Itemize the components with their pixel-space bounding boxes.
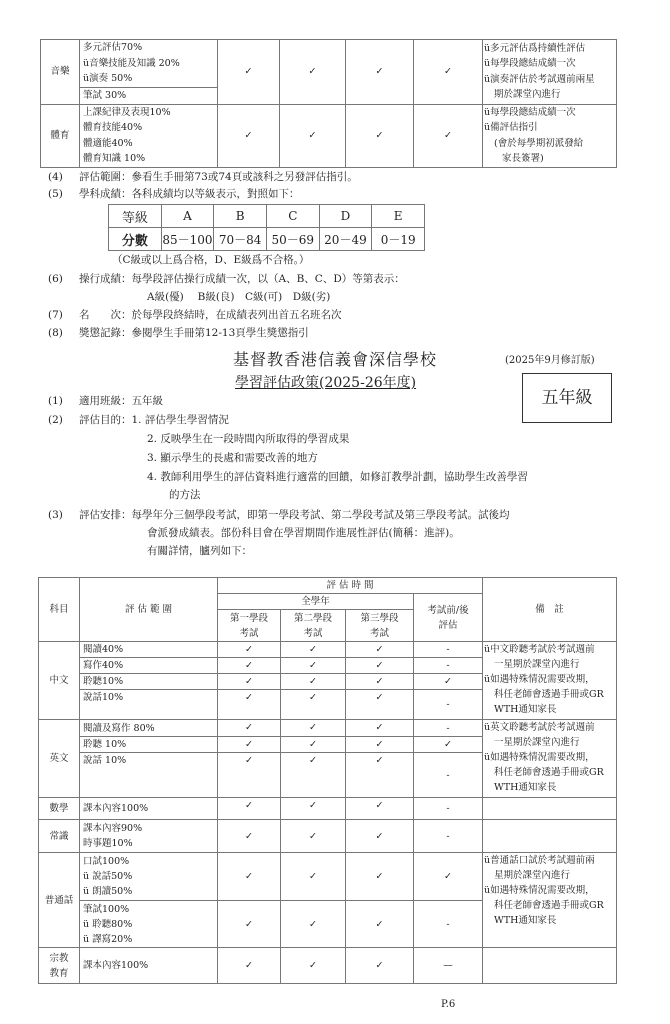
check-mark: ✓: [281, 720, 346, 737]
item-number: (6): [48, 271, 79, 287]
scope-cell: 課本內容100%: [80, 798, 218, 820]
scope-cell: 筆試100% ü 聆聽80% ü 譯寫20%: [80, 901, 218, 948]
header-line: 考試: [346, 626, 413, 641]
check-mark: ✓: [346, 753, 414, 798]
pre-post-mark: -: [414, 901, 483, 948]
grade-c: C: [266, 205, 319, 228]
grade-level-box: 五年級: [522, 373, 612, 423]
score-a: 85－100: [161, 228, 214, 251]
pre-post-mark: -: [414, 642, 483, 658]
check-mark: ✓: [346, 948, 414, 984]
remark-line: 科任老師會透過手冊或GR: [484, 687, 616, 702]
header-subject: 科目: [39, 578, 80, 642]
item-assessment-purpose: (2)評估目的：1. 評估學生學習情況: [48, 412, 229, 428]
check-mark: ✓: [346, 720, 414, 737]
remark-line: ü如遇特殊情況需要改期，: [484, 883, 616, 898]
item-label: 評估範圍：: [79, 171, 132, 183]
item-conduct: (6)操行成績：每學段評估操行成績一次，以（A、B、C、D）等第表示：: [48, 271, 405, 287]
header-pre-post: 考試前/後 評估: [414, 594, 483, 642]
item-ranking: (7)名 次：於每學段終結時，在成績表列出首五名班名次: [48, 307, 342, 323]
check-mark: ✓: [218, 820, 281, 853]
pe-scope: 上課紀律及表現10% 體育技能40% 體適能40% 體育知識 10%: [80, 104, 218, 167]
item-assessment-scope: (4)評估範圍：參看生手冊第73或74頁或該科之另發評估指引。: [48, 169, 358, 185]
putonghua-remarks: ü普通話口試於考試週前兩 星期於課堂內進行 ü如遇特殊情況需要改期， 科任老師會…: [483, 853, 617, 948]
item-text: 參閱學生手冊第12-13頁學生獎懲指引: [132, 327, 309, 339]
pre-post-mark: ✓: [414, 737, 483, 753]
remark-line: ü英文聆聽考試於考試週前: [484, 720, 616, 735]
scope-cell: 寫作40%: [80, 658, 218, 674]
header-term2: 第二學段考試: [281, 610, 346, 642]
subject-line: 宗教: [39, 951, 79, 966]
grade-header-label: 等級: [109, 205, 162, 228]
check-mark: ✓: [414, 40, 483, 105]
check-mark: ✓: [346, 901, 414, 948]
score-d: 20－49: [319, 228, 372, 251]
remark-line: 家長簽署): [484, 151, 616, 167]
subject-putonghua: 普通話: [39, 853, 80, 948]
remark-line: ü如遇特殊情況需要改期，: [484, 672, 616, 687]
check-mark: ✓: [346, 642, 414, 658]
check-mark: ✓: [218, 642, 281, 658]
check-mark: ✓: [218, 720, 281, 737]
item-text: 參看生手冊第73或74頁或該科之另發評估指引。: [132, 171, 358, 183]
check-mark: ✓: [281, 853, 346, 901]
purpose-point: 2. 反映學生在一段時間內所取得的學習成果: [147, 431, 349, 447]
check-mark: ✓: [218, 690, 281, 720]
remark-line: ü備評估指引: [484, 120, 616, 136]
pre-post-mark: -: [414, 798, 483, 820]
subject-line: 教育: [39, 966, 79, 981]
remark-line: ü多元評估爲持續性評估: [484, 41, 616, 57]
item-label: 名 次：: [79, 309, 132, 321]
check-mark: ✓: [218, 948, 281, 984]
item-number: (3): [48, 507, 79, 523]
check-mark: ✓: [281, 658, 346, 674]
header-line: 考試: [281, 626, 345, 641]
scope-cell: 課本內容100%: [80, 948, 218, 984]
item-number: (8): [48, 325, 79, 341]
gs-remarks: [483, 820, 617, 853]
scope-line: ü 說話50%: [83, 869, 217, 884]
pre-post-mark: —: [414, 948, 483, 984]
item-label: 評估安排：: [79, 509, 132, 521]
score-label: 分數: [109, 228, 162, 251]
check-mark: ✓: [281, 690, 346, 720]
assessment-table-continued: 音樂 多元評估70% ü音樂技能及知識 20% ü演奏 50% ✓ ✓ ✓ ✓ …: [40, 39, 617, 168]
pre-post-mark: ✓: [414, 674, 483, 690]
grade-table: 等級 A B C D E 分數 85－100 70－84 50－69 20－49…: [108, 204, 425, 251]
grade-a: A: [161, 205, 214, 228]
item-number: (4): [48, 169, 79, 185]
check-mark: ✓: [346, 690, 414, 720]
header-term1: 第一學段考試: [218, 610, 281, 642]
scope-line: 體育技能40%: [83, 120, 217, 136]
header-line: 考試: [218, 626, 280, 641]
arrangement-line: 會派發成績表。部份科目會在學習期間作進展性評估(簡稱：進評)。: [147, 525, 460, 541]
purpose-point: 3. 顯示學生的長處和需要改善的地方: [147, 450, 318, 466]
conduct-grades: A級(優) B級(良) C級(可) D級(劣): [147, 289, 330, 305]
math-remarks: [483, 798, 617, 820]
pre-post-mark: -: [414, 720, 483, 737]
item-label: 獎懲記錄：: [79, 327, 132, 339]
check-mark: ✓: [346, 104, 414, 167]
music-remarks: ü多元評估爲持續性評估 ü每學段總結成績一次 ü演奏評估於考試週前兩星 期於課堂…: [483, 40, 617, 105]
subject-religious-education: 宗教 教育: [39, 948, 80, 984]
check-mark: ✓: [414, 104, 483, 167]
check-mark: ✓: [281, 674, 346, 690]
scope-line: 課本內容90%: [83, 821, 217, 836]
chinese-remarks: ü中文聆聽考試於考試週前 一星期於課堂內進行 ü如遇特殊情況需要改期， 科任老師…: [483, 642, 617, 720]
check-mark: ✓: [218, 674, 281, 690]
scope-line: ü演奏 50%: [83, 71, 217, 87]
remark-line: 期於課堂內進行: [484, 87, 616, 103]
remark-line: WTH通知家長: [484, 702, 616, 717]
check-mark: ✓: [346, 853, 414, 901]
check-mark: ✓: [281, 798, 346, 820]
purpose-point: 4. 教師利用學生的評估資料進行適當的回饋，如修訂教學計劃，協助學生改善學習: [147, 469, 528, 485]
school-name: 基督教香港信義會深信學校: [233, 347, 437, 370]
item-number: (1): [48, 393, 79, 409]
header-line: 第二學段: [281, 611, 345, 626]
subject-chinese: 中文: [39, 642, 80, 720]
remark-line: (會於每學期初派發給: [484, 136, 616, 152]
remark-line: ü演奏評估於考試週前兩星: [484, 72, 616, 88]
page-number: P.6: [441, 999, 455, 1010]
check-mark: ✓: [346, 737, 414, 753]
assessment-table: 科目 評 估 範 圍 評 估 時 間 備 註 全學年 考試前/後 評估 第一學段…: [38, 577, 617, 984]
grade-d: D: [319, 205, 372, 228]
header-line: 第三學段: [346, 611, 413, 626]
pre-post-mark: ✓: [414, 853, 483, 901]
check-mark: ✓: [281, 642, 346, 658]
re-remarks: [483, 948, 617, 984]
scope-line: 體適能40%: [83, 136, 217, 152]
item-label: 操行成績：: [79, 273, 132, 285]
revision-note: (2025年9月修訂版): [505, 351, 595, 366]
score-b: 70－84: [214, 228, 267, 251]
scope-cell: 說話10%: [80, 690, 218, 720]
check-mark: ✓: [281, 753, 346, 798]
check-mark: ✓: [346, 674, 414, 690]
score-e: 0－19: [372, 228, 425, 251]
pre-post-mark: -: [414, 690, 483, 720]
subject-general-studies: 常識: [39, 820, 80, 853]
purpose-point: 1. 評估學生學習情況: [132, 414, 229, 426]
check-mark: ✓: [218, 658, 281, 674]
scope-line: 多元評估70%: [83, 40, 217, 56]
check-mark: ✓: [218, 737, 281, 753]
music-written-exam: 筆試 30%: [80, 88, 218, 105]
item-text: 五年級: [132, 395, 164, 407]
scope-cell: 閱讀40%: [80, 642, 218, 658]
remark-line: WTH通知家長: [484, 780, 616, 795]
scope-line: ü音樂技能及知識 20%: [83, 56, 217, 72]
scope-cell: 閱讀及寫作 80%: [80, 720, 218, 737]
remark-line: 科任老師會透過手冊或GR: [484, 898, 616, 913]
item-rewards: (8)獎懲記錄：參閱學生手冊第12-13頁學生獎懲指引: [48, 325, 309, 341]
arrangement-line: 每學年分三個學段考試，即第一學段考試、第二學段考試及第三學段考試。試後均: [132, 509, 510, 521]
item-text: 每學段評估操行成績一次，以（A、B、C、D）等第表示：: [132, 273, 405, 285]
item-subject-grades: (5)學科成績：各科成績均以等級表示，對照如下：: [48, 186, 300, 202]
item-assessment-arrangement: (3)評估安排：每學年分三個學段考試，即第一學段考試、第二學段考試及第三學段考試…: [48, 507, 510, 523]
grade-e: E: [372, 205, 425, 228]
check-mark: ✓: [346, 40, 414, 105]
check-mark: ✓: [218, 40, 280, 105]
remark-line: ü中文聆聽考試於考試週前: [484, 642, 616, 657]
header-whole-year: 全學年: [218, 594, 414, 610]
scope-line: 口試100%: [83, 854, 217, 869]
header-line: 考試前/後: [414, 603, 482, 618]
check-mark: ✓: [280, 104, 346, 167]
remark-line: ü普通話口試於考試週前兩: [484, 853, 616, 868]
arrangement-line: 有關詳情，臚列如下：: [147, 543, 252, 559]
item-text: 於每學段終結時，在成績表列出首五名班名次: [132, 309, 342, 321]
music-scope: 多元評估70% ü音樂技能及知識 20% ü演奏 50%: [80, 40, 218, 88]
scope-cell: 口試100% ü 說話50% ü 朗讀50%: [80, 853, 218, 901]
english-remarks: ü英文聆聽考試於考試週前 一星期於課堂內進行 ü如遇特殊情況需要改期， 科任老師…: [483, 720, 617, 798]
check-mark: ✓: [281, 901, 346, 948]
item-number: (5): [48, 186, 79, 202]
item-label: 學科成績：: [79, 188, 132, 200]
header-line: 第一學段: [218, 611, 280, 626]
check-mark: ✓: [346, 798, 414, 820]
pass-note: （C級或以上爲合格，D、E級爲不合格。）: [112, 252, 309, 268]
pe-remarks: ü每學段總結成績一次 ü備評估指引 (會於每學期初派發給 家長簽署): [483, 104, 617, 167]
scope-line: 上課紀律及表現10%: [83, 105, 217, 121]
remark-line: 一星期於課堂內進行: [484, 657, 616, 672]
item-number: (7): [48, 307, 79, 323]
subject-math: 數學: [39, 798, 80, 820]
header-line: 評估: [414, 618, 482, 633]
remark-line: ü每學段總結成績一次: [484, 105, 616, 121]
item-number: (2): [48, 412, 79, 428]
remark-line: 科任老師會透過手冊或GR: [484, 765, 616, 780]
pre-post-mark: -: [414, 820, 483, 853]
remark-line: 星期於課堂內進行: [484, 868, 616, 883]
policy-title: 學習評估政策(2025-26年度): [235, 372, 416, 392]
remark-line: ü每學段總結成績一次: [484, 56, 616, 72]
scope-line: 時事題10%: [83, 836, 217, 851]
scope-line: ü 朗讀50%: [83, 884, 217, 899]
item-label: 評估目的：: [79, 414, 132, 426]
check-mark: ✓: [218, 104, 280, 167]
check-mark: ✓: [218, 798, 281, 820]
scope-cell: 說話 10%: [80, 753, 218, 798]
remark-line: ü如遇特殊情況需要改期，: [484, 750, 616, 765]
remark-line: WTH通知家長: [484, 913, 616, 928]
scope-cell: 課本內容90% 時事題10%: [80, 820, 218, 853]
scope-line: 體育知識 10%: [83, 151, 217, 167]
grade-b: B: [214, 205, 267, 228]
item-applicable-class: (1)適用班級：五年級: [48, 393, 163, 409]
pre-post-mark: -: [414, 753, 483, 798]
item-text: 各科成績均以等級表示，對照如下：: [132, 188, 300, 200]
check-mark: ✓: [218, 853, 281, 901]
check-mark: ✓: [218, 753, 281, 798]
header-remarks: 備 註: [483, 578, 617, 642]
check-mark: ✓: [281, 948, 346, 984]
subject-music: 音樂: [41, 40, 80, 105]
check-mark: ✓: [281, 820, 346, 853]
subject-pe: 體育: [41, 104, 80, 167]
header-term3: 第三學段考試: [346, 610, 414, 642]
scope-cell: 聆聽10%: [80, 674, 218, 690]
remark-line: 一星期於課堂內進行: [484, 735, 616, 750]
scope-cell: 聆聽 10%: [80, 737, 218, 753]
check-mark: ✓: [218, 901, 281, 948]
check-mark: ✓: [346, 820, 414, 853]
pre-post-mark: -: [414, 658, 483, 674]
subject-english: 英文: [39, 720, 80, 798]
scope-line: 筆試100%: [83, 902, 217, 917]
purpose-point-cont: 的方法: [169, 487, 201, 503]
scope-line: ü 譯寫20%: [83, 932, 217, 947]
header-scope: 評 估 範 圍: [80, 578, 218, 642]
check-mark: ✓: [280, 40, 346, 105]
score-c: 50－69: [266, 228, 319, 251]
item-label: 適用班級：: [79, 395, 132, 407]
scope-line: ü 聆聽80%: [83, 917, 217, 932]
check-mark: ✓: [346, 658, 414, 674]
header-timing: 評 估 時 間: [218, 578, 483, 594]
check-mark: ✓: [281, 737, 346, 753]
